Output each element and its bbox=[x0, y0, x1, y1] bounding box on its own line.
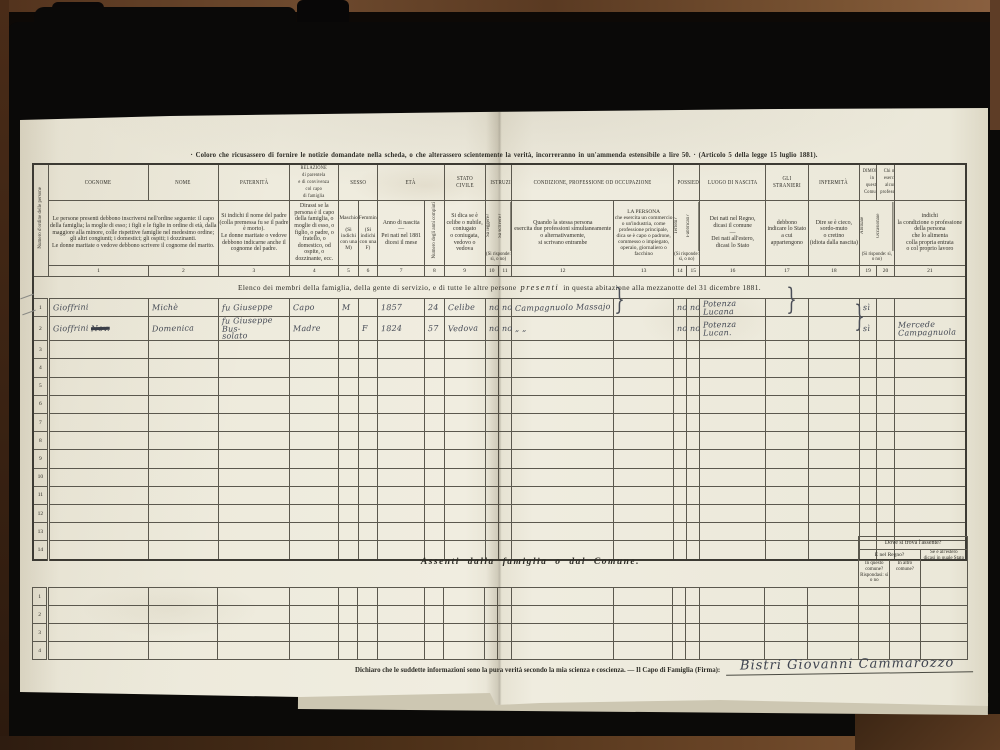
entry-cell bbox=[687, 504, 700, 522]
entry-cell: 1824 bbox=[378, 317, 425, 341]
col-relazione: RELAZIONE di parentela e di convivenza c… bbox=[290, 164, 339, 200]
handwritten-entry: no bbox=[690, 304, 701, 312]
entry-cell bbox=[894, 432, 966, 450]
entry-cell bbox=[765, 588, 808, 606]
entry-cell bbox=[859, 624, 890, 642]
row-number: 8 bbox=[33, 432, 48, 450]
entry-cell bbox=[859, 588, 890, 606]
entry-cell bbox=[149, 341, 219, 359]
entry-cell bbox=[613, 606, 672, 624]
handwritten-entry: 1824 bbox=[381, 325, 402, 333]
note-relazione: Dirassi se la persona è il capo della fa… bbox=[290, 200, 339, 265]
entry-cell bbox=[894, 504, 966, 522]
entry-cell bbox=[614, 468, 673, 486]
column-title: NOME bbox=[176, 179, 191, 187]
entry-cell bbox=[358, 486, 377, 504]
entry-cell bbox=[700, 377, 765, 395]
entry-cell bbox=[149, 450, 219, 468]
entry-cell bbox=[808, 377, 859, 395]
handwritten-entry: Capo bbox=[293, 304, 315, 312]
entry-cell bbox=[687, 395, 700, 413]
column-number: 21 bbox=[894, 265, 966, 276]
entry-cell bbox=[673, 588, 686, 606]
handwritten-entry: M bbox=[342, 304, 351, 312]
column-number: 3 bbox=[218, 265, 290, 276]
ditto-brace: } bbox=[614, 284, 625, 316]
entry-cell bbox=[149, 432, 219, 450]
entry-cell bbox=[149, 468, 219, 486]
entry-cell bbox=[808, 606, 859, 624]
assenti-section-title: Assenti dalla famiglia o dal Comune. bbox=[33, 557, 859, 567]
note-infermita: Dire se è cieco, sordo-muto o cretino (i… bbox=[808, 200, 859, 265]
entry-cell bbox=[218, 395, 290, 413]
entry-cell bbox=[687, 432, 700, 450]
col-paternita: PATERNITÀ bbox=[218, 164, 290, 200]
handwritten-entry: 1857 bbox=[381, 304, 402, 312]
entry-cell bbox=[686, 624, 699, 642]
entry-cell bbox=[890, 606, 921, 624]
entry-cell bbox=[148, 606, 218, 624]
row-number: 2 bbox=[33, 606, 48, 624]
entry-cell bbox=[765, 468, 808, 486]
entry-cell bbox=[613, 588, 672, 606]
entry-cell: Mercede Campagnuola bbox=[894, 317, 966, 341]
entry-cell bbox=[808, 486, 859, 504]
entry-cell bbox=[48, 624, 148, 642]
column-title: POSSIEDE bbox=[677, 179, 700, 187]
entry-cell bbox=[614, 395, 673, 413]
entry-cell bbox=[218, 468, 290, 486]
entry-cell bbox=[673, 468, 686, 486]
entry-cell bbox=[808, 359, 859, 377]
entry-cell bbox=[859, 341, 876, 359]
entry-cell bbox=[673, 624, 686, 642]
entry-cell bbox=[378, 450, 425, 468]
entry-cell bbox=[358, 468, 377, 486]
col-chi-non-esercita: Chi non esercita alcuna professione bbox=[877, 164, 894, 200]
entry-cell bbox=[686, 588, 699, 606]
entry-cell bbox=[358, 377, 377, 395]
entry-cell: F bbox=[358, 317, 377, 341]
declaration-text: Dichiaro che le suddette informazioni so… bbox=[355, 667, 720, 674]
entry-cell bbox=[808, 432, 859, 450]
handwritten-entry: Gioffrini bbox=[53, 304, 89, 312]
column-number: 19 bbox=[859, 265, 876, 276]
col-luogo-nascita: LUOGO DI NASCITA bbox=[700, 164, 765, 200]
vertical-label: Numero d'ordine delle persone bbox=[38, 187, 44, 249]
entry-cell bbox=[218, 588, 290, 606]
row-number: 2 bbox=[33, 317, 48, 341]
row-number: 5 bbox=[33, 377, 48, 395]
entry-cell bbox=[859, 450, 876, 468]
entry-cell bbox=[425, 450, 444, 468]
entry-cell bbox=[859, 486, 876, 504]
col-numero-ordine: Numero d'ordine delle persone bbox=[33, 164, 48, 276]
column-number: 1 bbox=[48, 265, 148, 276]
entry-cell bbox=[425, 395, 444, 413]
entry-cell bbox=[338, 606, 357, 624]
entry-cell: fu Giuseppe bbox=[218, 298, 290, 316]
entry-cell bbox=[377, 606, 424, 624]
entry-cell bbox=[425, 341, 444, 359]
entry-cell bbox=[48, 395, 148, 413]
entry-cell bbox=[48, 606, 148, 624]
row-number: 3 bbox=[33, 341, 48, 359]
column-title: SESSO bbox=[350, 179, 366, 187]
entry-cell bbox=[687, 341, 700, 359]
entry-cell bbox=[358, 414, 377, 432]
entry-cell bbox=[765, 317, 808, 341]
entry-cell bbox=[859, 606, 890, 624]
note-professioni: Quando la stessa persona esercita due pr… bbox=[512, 200, 614, 265]
entry-cell bbox=[765, 504, 808, 522]
entry-cell bbox=[289, 588, 338, 606]
entry-cell bbox=[218, 504, 290, 522]
entry-cell bbox=[894, 450, 966, 468]
entry-cell bbox=[444, 432, 485, 450]
dove-si-trova-box-title: Dove si trova l'assente? bbox=[859, 537, 968, 550]
column-number: 12 bbox=[512, 265, 614, 276]
entry-cell bbox=[378, 341, 425, 359]
entry-cell bbox=[339, 395, 358, 413]
entry-cell bbox=[378, 359, 425, 377]
entry-cell bbox=[877, 298, 894, 316]
entry-cell bbox=[894, 377, 966, 395]
entry-cell bbox=[358, 606, 377, 624]
entry-cell bbox=[290, 414, 339, 432]
entry-cell bbox=[614, 359, 673, 377]
entry-cell bbox=[614, 486, 673, 504]
entry-cell bbox=[218, 432, 290, 450]
entry-cell bbox=[877, 341, 894, 359]
handwritten-entry: Madre bbox=[293, 325, 321, 333]
entry-cell bbox=[890, 588, 921, 606]
entry-cell bbox=[859, 432, 876, 450]
entry-cell bbox=[290, 377, 339, 395]
folder-tab bbox=[34, 7, 296, 37]
entry-cell bbox=[444, 359, 485, 377]
entry-cell bbox=[378, 504, 425, 522]
entry-cell bbox=[48, 450, 148, 468]
entry-cell bbox=[218, 486, 290, 504]
note-cognome-nome: Le persone presenti debbono inscriversi … bbox=[48, 200, 218, 265]
column-number: 9 bbox=[444, 265, 485, 276]
handwritten-entry: fu Giuseppe bbox=[222, 303, 273, 312]
entry-cell: Capo bbox=[290, 298, 339, 316]
entry-cell bbox=[339, 450, 358, 468]
entry-cell: no bbox=[687, 317, 700, 341]
entry-cell bbox=[808, 298, 859, 316]
entry-cell bbox=[877, 317, 894, 341]
entry-cell bbox=[149, 395, 219, 413]
entry-cell bbox=[444, 588, 485, 606]
entry-cell bbox=[700, 341, 765, 359]
assenti-title-area: Assenti dalla famiglia o dal Comune. bbox=[33, 537, 859, 588]
entry-cell bbox=[149, 504, 219, 522]
entry-cell bbox=[358, 341, 377, 359]
entry-cell bbox=[425, 486, 444, 504]
entry-cell bbox=[859, 504, 876, 522]
entry-cell bbox=[218, 450, 290, 468]
handwritten-entry: fu Giuseppe Bus- solato bbox=[221, 316, 289, 340]
entry-cell bbox=[48, 432, 148, 450]
column-title: INFERMITÀ bbox=[819, 179, 848, 187]
entry-cell: no bbox=[673, 298, 686, 316]
entry-cell bbox=[877, 395, 894, 413]
column-title: CONDIZIONE, PROFESSIONE OD OCCUPAZIONE bbox=[534, 179, 652, 187]
column-number: 4 bbox=[290, 265, 339, 276]
entry-cell bbox=[48, 486, 148, 504]
entry-cell bbox=[425, 377, 444, 395]
entry-cell bbox=[444, 624, 485, 642]
entry-cell bbox=[512, 486, 614, 504]
col-sesso: SESSO bbox=[339, 164, 378, 200]
entry-cell bbox=[290, 468, 339, 486]
entry-cell bbox=[149, 486, 219, 504]
column-title: STATO CIVILE bbox=[449, 175, 480, 190]
entry-cell: Gioffrini bbox=[48, 298, 148, 316]
entry-cell bbox=[425, 432, 444, 450]
entry-cell bbox=[512, 468, 614, 486]
entry-cell bbox=[700, 504, 765, 522]
entry-cell bbox=[614, 377, 673, 395]
entry-cell: Campagnuolo Massajo bbox=[512, 298, 614, 316]
entry-cell: 24 bbox=[425, 298, 444, 316]
entry-cell bbox=[673, 606, 686, 624]
entry-cell bbox=[808, 317, 859, 341]
entry-cell bbox=[859, 395, 876, 413]
entry-cell bbox=[378, 395, 425, 413]
entry-cell bbox=[700, 450, 765, 468]
entry-cell bbox=[894, 359, 966, 377]
entry-cell bbox=[673, 395, 686, 413]
entry-cell bbox=[358, 432, 377, 450]
entry-cell bbox=[894, 486, 966, 504]
entry-cell bbox=[687, 486, 700, 504]
entry-cell bbox=[699, 606, 764, 624]
entry-cell bbox=[48, 642, 148, 660]
entry-cell bbox=[339, 317, 358, 341]
entry-cell bbox=[444, 606, 485, 624]
row-number: 10 bbox=[33, 468, 48, 486]
entry-cell bbox=[890, 624, 921, 642]
column-number: 20 bbox=[877, 265, 894, 276]
handwritten-entry: „ „ bbox=[515, 325, 527, 333]
census-sheet: · Coloro che ricusassero di fornire le n… bbox=[20, 108, 988, 708]
col-nome: NOME bbox=[149, 164, 219, 200]
entry-cell bbox=[444, 486, 485, 504]
entry-cell bbox=[673, 341, 686, 359]
entry-cell bbox=[444, 450, 485, 468]
entry-cell bbox=[859, 414, 876, 432]
entry-cell: 1857 bbox=[378, 298, 425, 316]
entry-cell bbox=[673, 414, 686, 432]
entry-cell bbox=[358, 395, 377, 413]
column-number: 5 bbox=[339, 265, 358, 276]
entry-cell bbox=[339, 414, 358, 432]
entry-cell: 57 bbox=[425, 317, 444, 341]
column-title: GLI STRANIERI bbox=[770, 175, 803, 190]
entry-cell bbox=[673, 359, 686, 377]
entry-cell bbox=[424, 606, 443, 624]
entry-cell bbox=[290, 341, 339, 359]
handwritten-entry: Michè bbox=[152, 304, 178, 312]
entry-cell bbox=[512, 414, 614, 432]
col-stranieri: GLI STRANIERI bbox=[765, 164, 808, 200]
entry-cell bbox=[699, 624, 764, 642]
entry-cell bbox=[700, 432, 765, 450]
photo-scene: · Coloro che ricusassero di fornire le n… bbox=[0, 0, 1000, 750]
entry-cell: no bbox=[687, 298, 700, 316]
entry-cell bbox=[687, 377, 700, 395]
entry-cell bbox=[877, 468, 894, 486]
entry-cell bbox=[687, 359, 700, 377]
vertical-label: Numero degli anni compiuti bbox=[432, 202, 438, 259]
column-number: 7 bbox=[378, 265, 425, 276]
entry-cell bbox=[511, 606, 613, 624]
entry-cell bbox=[765, 359, 808, 377]
sub-column-label: Occasionale bbox=[876, 202, 893, 251]
handwritten-entry: Potenza Lucana bbox=[703, 299, 765, 315]
entry-cell bbox=[614, 317, 673, 341]
column-number: 16 bbox=[700, 265, 765, 276]
entry-cell bbox=[48, 468, 148, 486]
entry-cell bbox=[512, 395, 614, 413]
handwritten-entry: no bbox=[677, 325, 688, 333]
handwritten-entry: Celibe bbox=[448, 304, 475, 312]
entry-cell bbox=[290, 432, 339, 450]
column-title: ETÀ bbox=[406, 179, 416, 187]
col-eta: ETÀ bbox=[378, 164, 444, 200]
entry-cell bbox=[673, 450, 686, 468]
entry-cell bbox=[859, 468, 876, 486]
entry-cell bbox=[700, 486, 765, 504]
subtitle-text: Elenco dei membri della famiglia, della … bbox=[238, 283, 517, 292]
col-dimora: DIMORA in questo Comune bbox=[859, 164, 876, 200]
note-femmina: Femmina (Si indichi con una F) bbox=[358, 200, 377, 265]
row-number: 6 bbox=[33, 395, 48, 413]
col-condizione: CONDIZIONE, PROFESSIONE OD OCCUPAZIONE bbox=[512, 164, 674, 200]
column-title: COGNOME bbox=[85, 179, 111, 187]
column-number: 13 bbox=[614, 265, 673, 276]
entry-cell bbox=[808, 504, 859, 522]
entry-cell bbox=[290, 450, 339, 468]
entry-cell bbox=[218, 642, 290, 660]
entry-cell bbox=[48, 588, 148, 606]
entry-cell bbox=[614, 504, 673, 522]
entry-cell: M bbox=[339, 298, 358, 316]
entry-cell: fu Giuseppe Bus- solato bbox=[218, 317, 290, 341]
entry-cell: „ „ bbox=[512, 317, 614, 341]
entry-cell bbox=[378, 414, 425, 432]
entry-cell: Potenza Lucana bbox=[700, 298, 765, 316]
entry-cell bbox=[673, 486, 686, 504]
entry-cell bbox=[358, 450, 377, 468]
entry-cell bbox=[808, 414, 859, 432]
entry-cell bbox=[290, 486, 339, 504]
note-possiede: Terreni?Fabbricati?(Si risponde: sì, o n… bbox=[673, 200, 700, 265]
col-stato-civile: STATO CIVILE bbox=[444, 164, 485, 200]
sub-column-labels: AbitualeOccasionale bbox=[860, 202, 894, 251]
row-number: 12 bbox=[33, 504, 48, 522]
entry-cell bbox=[339, 468, 358, 486]
entry-cell: Madre bbox=[290, 317, 339, 341]
answer-note: (Si risponde: sì, o no) bbox=[674, 251, 700, 264]
handwritten-entry: Domenica bbox=[152, 325, 194, 333]
entry-cell bbox=[378, 377, 425, 395]
entry-cell bbox=[425, 468, 444, 486]
entry-cell bbox=[877, 359, 894, 377]
entry-cell bbox=[614, 450, 673, 468]
entry-cell bbox=[512, 377, 614, 395]
entry-cell bbox=[218, 341, 290, 359]
entry-cell bbox=[218, 624, 290, 642]
entry-cell bbox=[700, 359, 765, 377]
row-number: 9 bbox=[33, 450, 48, 468]
entry-cell bbox=[700, 414, 765, 432]
entry-cell bbox=[686, 606, 699, 624]
entry-cell bbox=[765, 414, 808, 432]
subtitle-emphasis: presenti bbox=[517, 283, 564, 292]
entry-cell bbox=[425, 414, 444, 432]
subtitle-text: in questa abitazione alla mezzanotte del… bbox=[563, 283, 761, 292]
entry-cell bbox=[877, 414, 894, 432]
entry-cell bbox=[808, 450, 859, 468]
entry-cell bbox=[358, 359, 377, 377]
entry-cell bbox=[339, 359, 358, 377]
entry-cell bbox=[859, 359, 876, 377]
ditto-brace: } bbox=[786, 284, 797, 316]
entry-cell bbox=[673, 377, 686, 395]
entry-cell: Vedova bbox=[444, 317, 485, 341]
col-infermita: INFERMITÀ bbox=[808, 164, 859, 200]
entry-cell bbox=[687, 414, 700, 432]
entry-cell bbox=[444, 395, 485, 413]
entry-cell bbox=[614, 432, 673, 450]
entry-cell bbox=[894, 468, 966, 486]
entry-cell bbox=[339, 377, 358, 395]
entry-cell bbox=[48, 359, 148, 377]
entry-cell bbox=[687, 468, 700, 486]
column-number: 8 bbox=[425, 265, 444, 276]
entry-cell bbox=[613, 624, 672, 642]
entry-cell bbox=[687, 450, 700, 468]
note-chi-non-esercita: indichi la condizione o professione dell… bbox=[894, 200, 966, 265]
column-title: PATERNITÀ bbox=[240, 179, 268, 187]
entry-cell bbox=[808, 468, 859, 486]
entry-cell bbox=[765, 624, 808, 642]
column-number: 15 bbox=[687, 265, 700, 276]
entry-cell bbox=[377, 624, 424, 642]
column-number: 17 bbox=[765, 265, 808, 276]
entry-cell bbox=[289, 606, 338, 624]
e-nel-regno-header: È nel Regno? bbox=[859, 550, 920, 561]
wood-surface bbox=[0, 0, 9, 750]
entry-cell bbox=[48, 504, 148, 522]
entry-cell bbox=[218, 359, 290, 377]
entry-cell bbox=[218, 606, 290, 624]
sub-columns: Terreni?Fabbricati?(Si risponde: sì, o n… bbox=[674, 202, 700, 264]
entry-cell bbox=[765, 341, 808, 359]
column-number: 14 bbox=[673, 265, 686, 276]
entry-cell bbox=[425, 504, 444, 522]
entry-cell bbox=[358, 624, 377, 642]
entry-cell bbox=[358, 504, 377, 522]
entry-cell bbox=[765, 432, 808, 450]
entry-cell bbox=[424, 588, 443, 606]
handwritten-entry: no bbox=[690, 325, 701, 333]
entry-cell bbox=[512, 359, 614, 377]
